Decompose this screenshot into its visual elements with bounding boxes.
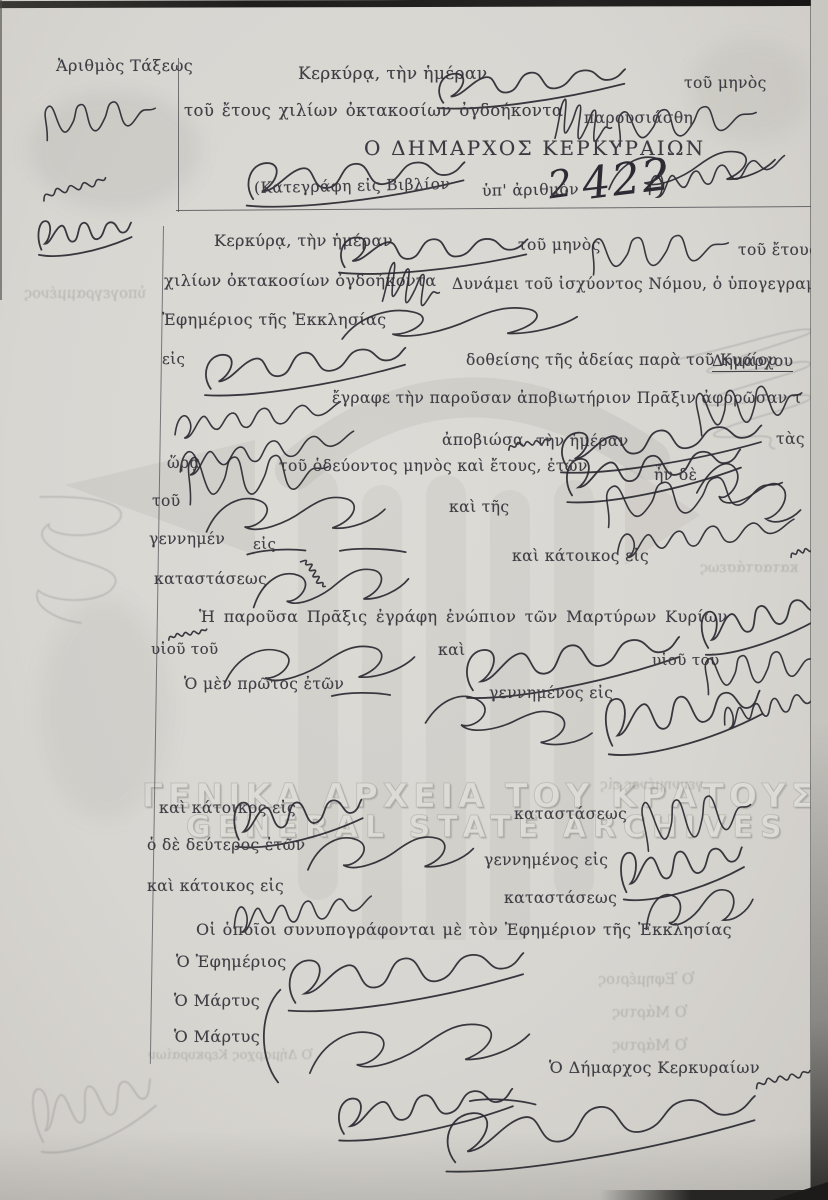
witness2-signature-label: Ὁ Μάρτυς (174, 1027, 260, 1046)
bleedthrough-text: Ὁ Μάρτυς (612, 1038, 687, 1054)
witness1-status-label: καταστάσεως (514, 805, 627, 823)
handwriting-act-month (584, 220, 736, 279)
handwriting-witness-bracket (252, 986, 286, 1088)
bleedthrough-text: Ὁ Δήμαρχος Κερκυραίων (148, 1048, 313, 1063)
witness1-signature-label: Ὁ Μάρτυς (174, 991, 260, 1010)
act-born-label: γεννημέν (149, 530, 225, 548)
registry-note-close-paren: ) (658, 172, 665, 192)
scanned-death-act-page: ΓΕΝΙΚΑ ΑΡΧΕΙΑ ΤΟΥ ΚΡΑΤΟΥΣ GENERAL STATE … (0, 0, 828, 1200)
scan-edge-left (0, 0, 2, 300)
act-at-time-label: τὰς (776, 430, 805, 448)
act-born-at-label: εἰς (253, 535, 276, 553)
registry-note-under-number: ὑπ' ἀριθμὸν (482, 180, 579, 200)
witness2-born-label: γεννημένος εἰς (484, 851, 608, 869)
priest-signature-label: Ὁ Ἐφημέριος (176, 952, 287, 971)
page-edge-right (811, 0, 828, 1200)
bleedthrough-text: ὑπογεγραμμένος (24, 286, 146, 302)
scan-edge-top (0, 0, 828, 8)
bleedthrough-text: Ὁ Ἐφημέριος (598, 972, 694, 988)
witness1-age-label: Ὁ μὲν πρῶτος ἐτῶν (184, 675, 344, 693)
act-current-month-clause: τοῦ ὁδεύοντος μηνὸς καὶ ἔτους, ἐτῶν (279, 457, 588, 475)
bleedthrough-text: Ὁ Μάρτυς (612, 1005, 687, 1021)
header-month-label: τοῦ μηνὸς (684, 74, 767, 92)
header-presented-label: παρουσιάσθη (584, 109, 693, 127)
order-number-label: Ἀριθμὸς Τάξεως (56, 56, 193, 75)
bleedthrough-text: καταστάσεως (700, 560, 798, 576)
header-year-line: τοῦ ἔτους χιλίων ὀκτακοσίων ὀγδοήκοντα (184, 101, 563, 120)
witness1-son-of-label: υἱοῦ τοῦ (151, 640, 219, 658)
witness2-age-label: ὁ δὲ δεύτερος ἐτῶν (147, 836, 305, 854)
paper-smudge (40, 600, 170, 820)
handwriting-margin-note-3 (32, 205, 136, 263)
act-law-clause: Δυνάμει τοῦ ἰσχύοντος Νόμου, ὁ ὑπογεγραμ… (452, 275, 828, 293)
act-and-of-label: καὶ τῆς (449, 498, 510, 516)
witness2-status-label: καταστάσεως (504, 889, 617, 907)
act-year-label: τοῦ ἔτους (738, 241, 818, 259)
act-mayor-word: Δημάρχου (712, 352, 793, 372)
act-at-label: εἰς (162, 350, 185, 368)
handwriting-blank-dash (330, 684, 392, 694)
margin-rule-top (178, 58, 179, 212)
act-resident-at-label: καὶ κάτοικος εἰς (512, 547, 649, 565)
bleedthrough-handwriting (0, 473, 171, 637)
act-son-of-label: τοῦ (152, 492, 181, 510)
